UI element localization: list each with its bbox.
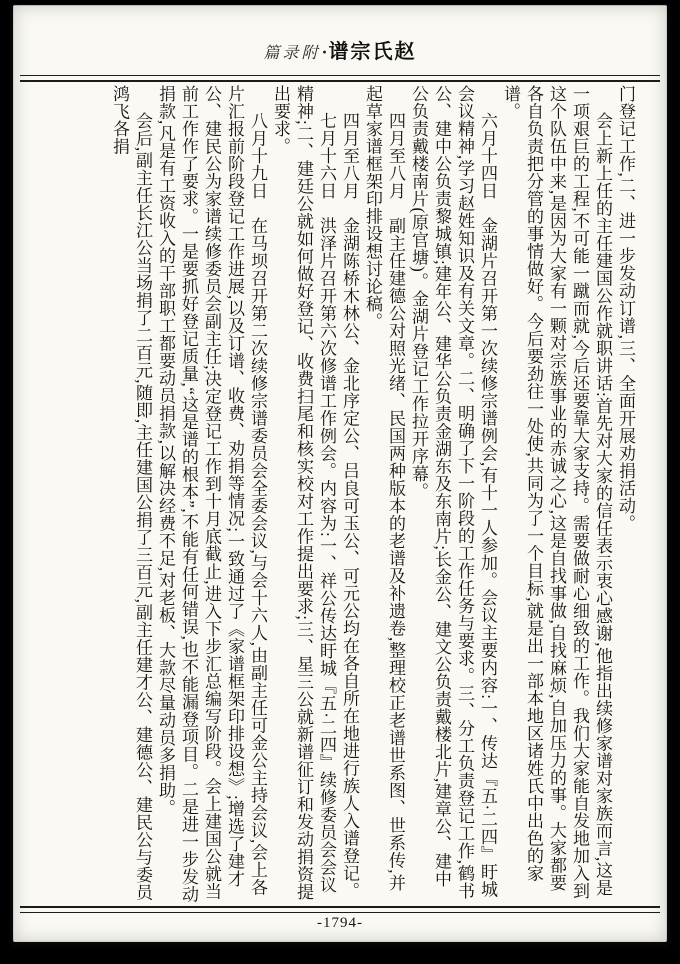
paragraph: 六月十四日 金湖片召开第一次续修宗谱例会,有十一人参加。会议主要内容:一、传达『…	[407, 85, 499, 903]
paragraph: 八月十九日 在马坝召开第二次续修宗谱委员会全委会议,与会十六人,由副主任可金公主…	[154, 85, 269, 903]
paragraph: 七月十六日 洪泽片召开第六次修谱工作例会。内容为:一、祥公传达盱城『五·二四』续…	[269, 85, 338, 903]
scan-frame: 篇录附·谱宗氏赵 门登记工作,二、进一步发动订谱,三、全面开展劝捐活动。会上新上…	[0, 0, 680, 964]
paragraph: 会后,副主任长江公当场捐了二百元,随即,主任建国公捐了三百元,副主任建才公、建德…	[108, 85, 154, 903]
footer-divider-rule	[20, 906, 660, 913]
scan-edge-right	[666, 0, 680, 964]
paragraph: 四月至八月 副主任建德公对照光绪、民国两种版本的老谱及补遗卷,整理校正老谱世系图…	[361, 85, 407, 903]
page-header: 篇录附·谱宗氏赵	[13, 35, 667, 64]
paragraph: 四月至八月 金湖陈桥木林公、金北序定公、吕良可玉公、可元公均在各自所在地进行族人…	[338, 85, 361, 903]
page-number: -1794-	[13, 915, 667, 932]
scan-edge-top	[0, 0, 680, 6]
page-paper: 篇录附·谱宗氏赵 门登记工作,二、进一步发动订谱,三、全面开展劝捐活动。会上新上…	[13, 5, 667, 942]
text-body: 门登记工作,二、进一步发动订谱,三、全面开展劝捐活动。会上新上任的主任建国公作就…	[97, 85, 637, 903]
paragraph: 门登记工作,二、进一步发动订谱,三、全面开展劝捐活动。	[614, 85, 637, 903]
header-separator: ·	[321, 42, 329, 62]
scan-edge-left	[0, 0, 14, 964]
paragraph: 会上新上任的主任建国公作就职讲话:首先对大家的信任表示衷心感谢,他指出续修家谱对…	[499, 85, 614, 903]
header-divider-rule	[20, 75, 660, 82]
scan-edge-bottom	[0, 941, 680, 964]
header-title-book: 谱宗氏赵	[329, 41, 417, 63]
header-title-section: 篇录附	[263, 45, 320, 62]
